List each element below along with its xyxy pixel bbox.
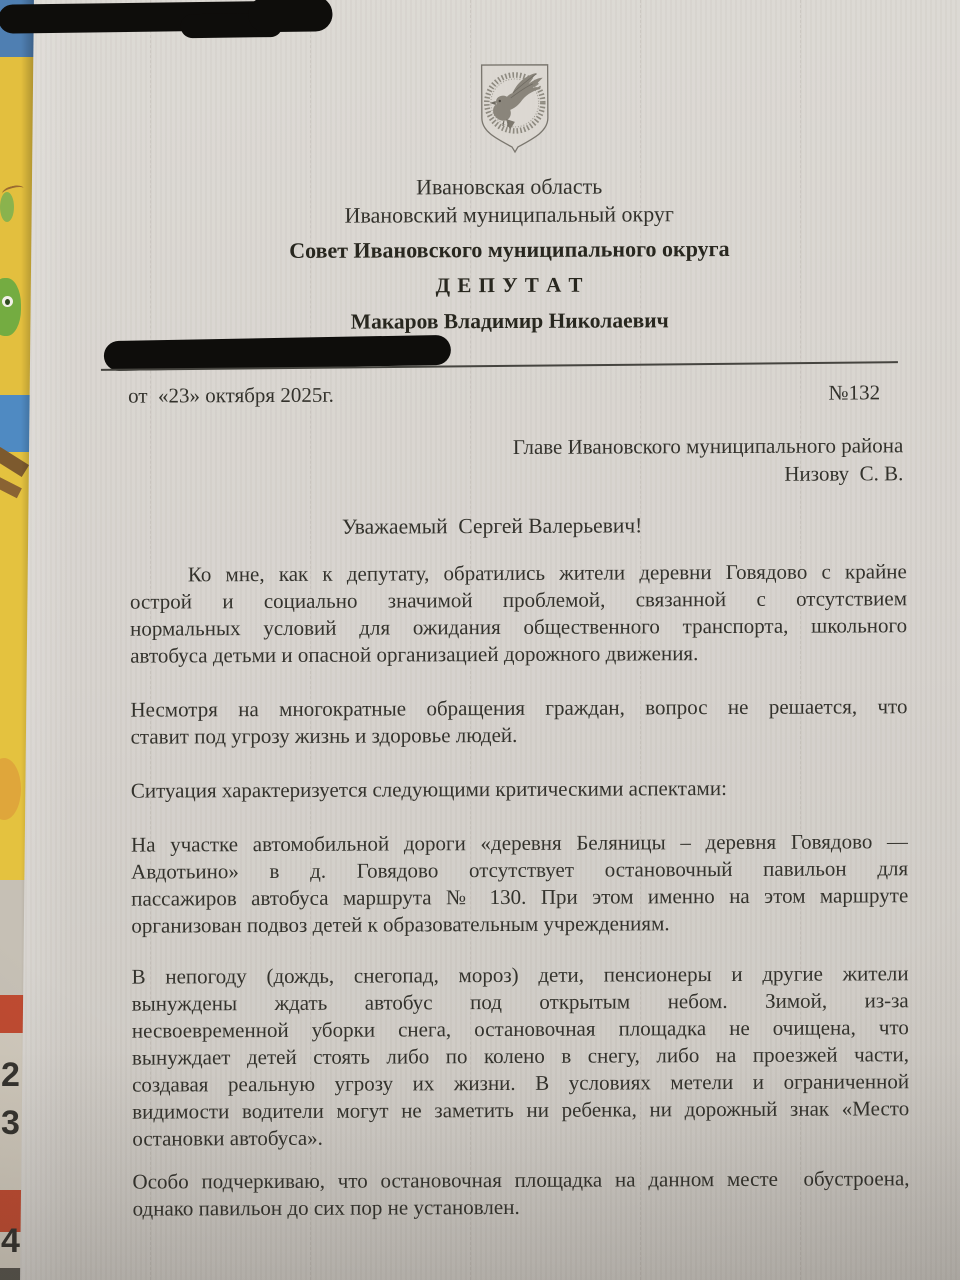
text-line: организован подвоз детей к образовательн… <box>131 909 908 939</box>
eagle-emblem-icon <box>476 60 554 157</box>
addressee-title: Главе Ивановского муниципального района <box>130 432 903 463</box>
paragraph: Особо подчеркиваю, что остановочная площ… <box>132 1165 909 1222</box>
letter-content: Ивановская область Ивановский муниципаль… <box>0 0 960 1280</box>
photo-of-letter: 2 3 4 Ивановская область Ивановский муни… <box>0 0 960 1280</box>
paragraph: Несмотря на многократные обращения гражд… <box>130 693 907 750</box>
text-line: нормальных условий для ожидания обществе… <box>130 612 907 642</box>
date-line: от «23» октября 2025г. <box>128 383 334 409</box>
addressee-name: Низову С. В. <box>130 460 903 491</box>
text-line: создавая реальную угрозу их жизни. В усл… <box>132 1068 909 1098</box>
text-line: Ко мне, как к депутату, обратились жител… <box>130 558 907 588</box>
text-line: Несмотря на многократные обращения гражд… <box>130 693 907 723</box>
letterhead: Ивановская область Ивановский муниципаль… <box>99 172 920 336</box>
redaction-bar <box>0 0 334 44</box>
reference-row: от «23» октября 2025г. №132 <box>128 380 906 408</box>
paragraph: На участке автомобильной дороги «деревня… <box>131 828 908 939</box>
letter-body: Ко мне, как к депутату, обратились жител… <box>130 558 910 1249</box>
redaction-bar-segment <box>248 0 332 32</box>
text-line: вынуждает детей стоять либо по колено в … <box>132 1041 909 1071</box>
letterhead-deputy-title: Д Е П У Т А Т <box>100 270 920 300</box>
letterhead-deputy-name: Макаров Владимир Николаевич <box>100 306 920 336</box>
addressee-block: Главе Ивановского муниципального района … <box>130 432 903 490</box>
text-line: Особо подчеркиваю, что остановочная площ… <box>132 1165 909 1195</box>
letterhead-council: Совет Ивановского муниципального округа <box>99 234 919 265</box>
text-line: пассажиров автобуса маршрута № 130. При … <box>131 882 908 912</box>
text-line: ставит под угрозу жизнь и здоровье людей… <box>130 720 907 750</box>
text-line: видимости водители могут не заметить ни … <box>132 1095 909 1125</box>
text-line: остановки автобуса». <box>132 1122 909 1152</box>
text-line: Ситуация характеризуется следующими крит… <box>131 774 908 804</box>
text-line: однако павильон до сих пор не установлен… <box>133 1192 910 1222</box>
text-line: несвоевременной уборки снега, остановочн… <box>132 1014 909 1044</box>
text-line: В непогоду (дождь, снегопад, мороз) дети… <box>132 960 909 990</box>
text-line: острой и социально значимой проблемой, с… <box>130 585 907 615</box>
paragraph: В непогоду (дождь, снегопад, мороз) дети… <box>132 960 910 1152</box>
salutation: Уважаемый Сергей Валерьевич! <box>105 512 880 540</box>
text-line: вынуждены ждать автобус под открытым неб… <box>132 987 909 1017</box>
letterhead-region: Ивановская область <box>99 172 919 202</box>
text-line: автобуса детьми и опасной организацией д… <box>130 639 907 669</box>
text-line: На участке автомобильной дороги «деревня… <box>131 828 908 858</box>
text-line: Авдотьино» в д. Говядово отсутствует ост… <box>131 855 908 885</box>
paragraph: Ко мне, как к депутату, обратились жител… <box>130 558 907 669</box>
document-number: №132 <box>828 380 906 405</box>
letterhead-district: Ивановский муниципальный округ <box>99 200 919 230</box>
paragraph: Ситуация характеризуется следующими крит… <box>131 774 908 804</box>
